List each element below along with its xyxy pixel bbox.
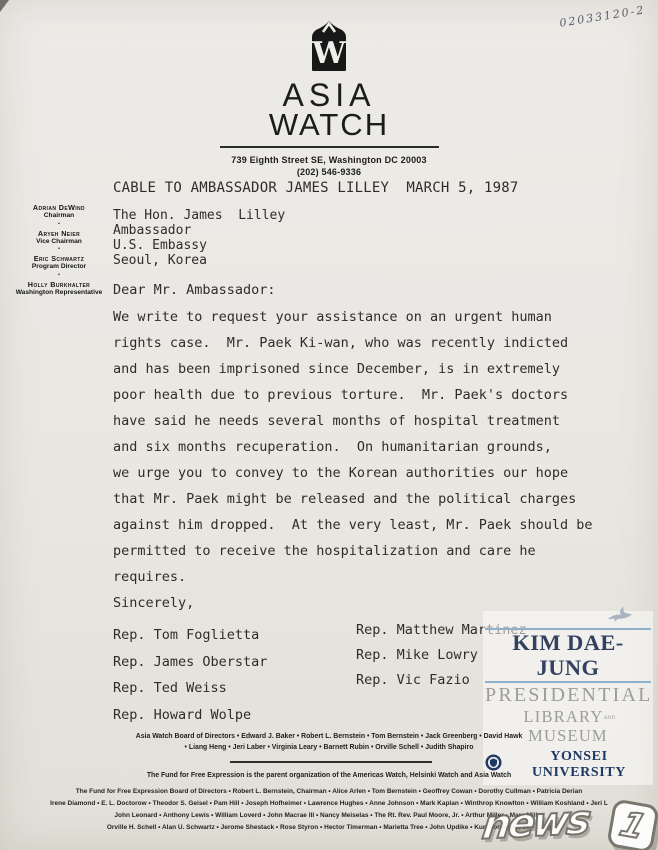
news1-digit-tile: 1	[606, 798, 658, 850]
scan-corner-artifact	[0, 0, 9, 12]
addressee-line: Ambassador	[113, 223, 618, 238]
letter-line: rights case. Mr. Paek Ki-wan, who was re…	[113, 330, 618, 356]
watermark-top-rule	[485, 613, 651, 630]
addressee-block: The Hon. James LilleyAmbassadorU.S. Emba…	[113, 208, 618, 268]
letter-line: and has been imprisoned since December, …	[113, 356, 618, 382]
cable-title: CABLE TO AMBASSADOR JAMES LILLEY MARCH 5…	[113, 180, 618, 196]
board-line: Asia Watch Board of Directors • Edward J…	[0, 732, 658, 743]
library-word-library: LIBRARY	[524, 707, 604, 726]
svg-text:W: W	[311, 36, 347, 71]
letter-line: permitted to receive the hospitalization…	[113, 538, 618, 564]
addressee-line: Seoul, Korea	[113, 253, 618, 268]
letter-line: that Mr. Paek might be released and the …	[113, 486, 618, 512]
letter-line: against him dropped. At the very least, …	[113, 512, 618, 538]
library-watermark: KIM DAE-JUNG PRESIDENTIAL LIBRARYANDMUSE…	[483, 611, 653, 785]
fund-parent-note: The Fund for Free Expression is the pare…	[0, 772, 658, 779]
asia-watch-badge-icon: W	[308, 20, 350, 77]
staff-separator-bullet: •	[6, 246, 112, 253]
staff-separator-bullet: •	[6, 221, 112, 228]
org-phone: (202) 546-9336	[0, 166, 658, 178]
letter-line: we urge you to convey to the Korean auth…	[113, 460, 618, 486]
staff-entry: Adrian DeWind Chairman •	[6, 203, 112, 228]
staff-name: Aryeh Neier	[6, 229, 112, 238]
staff-title: Program Director	[6, 263, 112, 272]
board-line: • Liang Heng • Jeri Laber • Virginia Lea…	[0, 743, 658, 754]
footer-divider-rule	[230, 761, 432, 763]
library-word-and: AND	[603, 716, 612, 721]
addressee-line: U.S. Embassy	[113, 238, 618, 253]
letter-line: We write to request your assistance on a…	[113, 304, 618, 330]
letterhead-rule	[220, 146, 439, 148]
staff-entry: Eric Schwartz Program Director •	[6, 254, 112, 279]
staff-title: Chairman	[6, 212, 112, 221]
letter-line: and six months recuperation. On humanita…	[113, 434, 618, 460]
addressee-line: The Hon. James Lilley	[113, 208, 618, 223]
salutation: Dear Mr. Ambassador:	[113, 282, 618, 298]
news1-digit: 1	[615, 805, 651, 848]
letter-line: poor health due to previous torture. Mr.…	[113, 382, 618, 408]
org-name-line2: WATCH	[0, 110, 658, 139]
asia-watch-board: Asia Watch Board of Directors • Edward J…	[0, 732, 658, 753]
letter-line: requires.	[113, 564, 618, 590]
org-name-line1: ASIA	[0, 80, 658, 110]
staff-name: Eric Schwartz	[6, 254, 112, 263]
library-title: KIM DAE-JUNG	[485, 630, 651, 683]
org-address: 739 Eighth Street SE, Washington DC 2000…	[0, 154, 658, 166]
library-subtitle-1: PRESIDENTIAL	[485, 684, 651, 707]
staff-title: Washington Representative	[6, 289, 112, 298]
staff-name: Adrian DeWind	[6, 203, 112, 212]
letter-paragraph: We write to request your assistance on a…	[113, 304, 618, 590]
staff-entry: Holly Burkhalter Washington Representati…	[6, 280, 112, 298]
letterhead: W ASIA WATCH 739 Eighth Street SE, Washi…	[0, 20, 658, 178]
dove-icon	[607, 606, 633, 627]
staff-title: Vice Chairman	[6, 238, 112, 247]
scanned-letter-page: 02033120-2 W ASIA WATCH 739 Eighth Stree…	[0, 0, 658, 850]
staff-list: Adrian DeWind Chairman • Aryeh Neier Vic…	[6, 203, 112, 298]
staff-name: Holly Burkhalter	[6, 280, 112, 289]
news1-wordmark: news	[480, 797, 591, 848]
staff-separator-bullet: •	[6, 272, 112, 279]
staff-entry: Aryeh Neier Vice Chairman •	[6, 229, 112, 254]
letter-line: have said he needs several months of hos…	[113, 408, 618, 434]
news1-watermark: news 1	[477, 794, 658, 850]
